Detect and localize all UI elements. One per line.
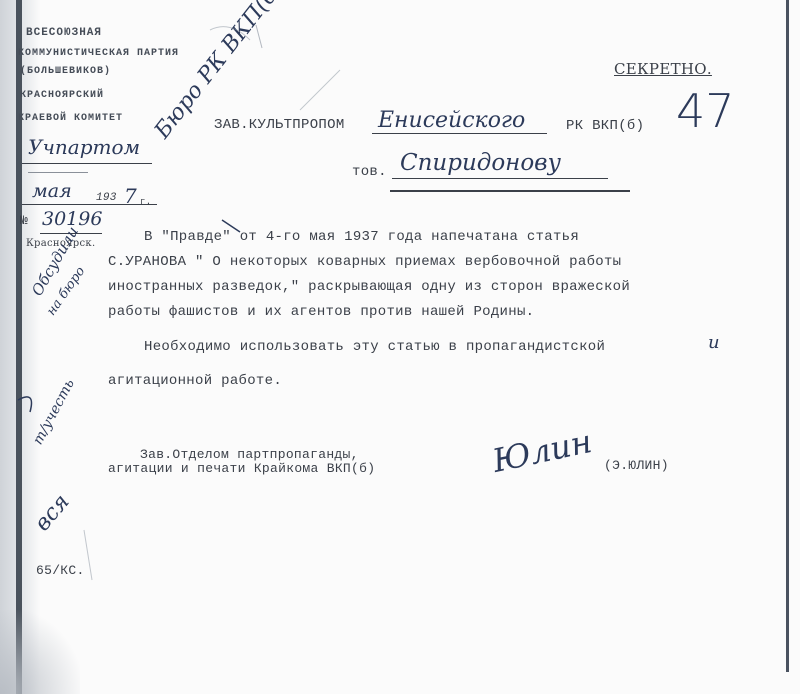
scanned-document-page: ВСЕСОЮЗНАЯ КОММУНИСТИЧЕСКАЯ ПАРТИЯ (БОЛЬ…	[0, 0, 800, 694]
pen-strokes	[0, 0, 800, 694]
